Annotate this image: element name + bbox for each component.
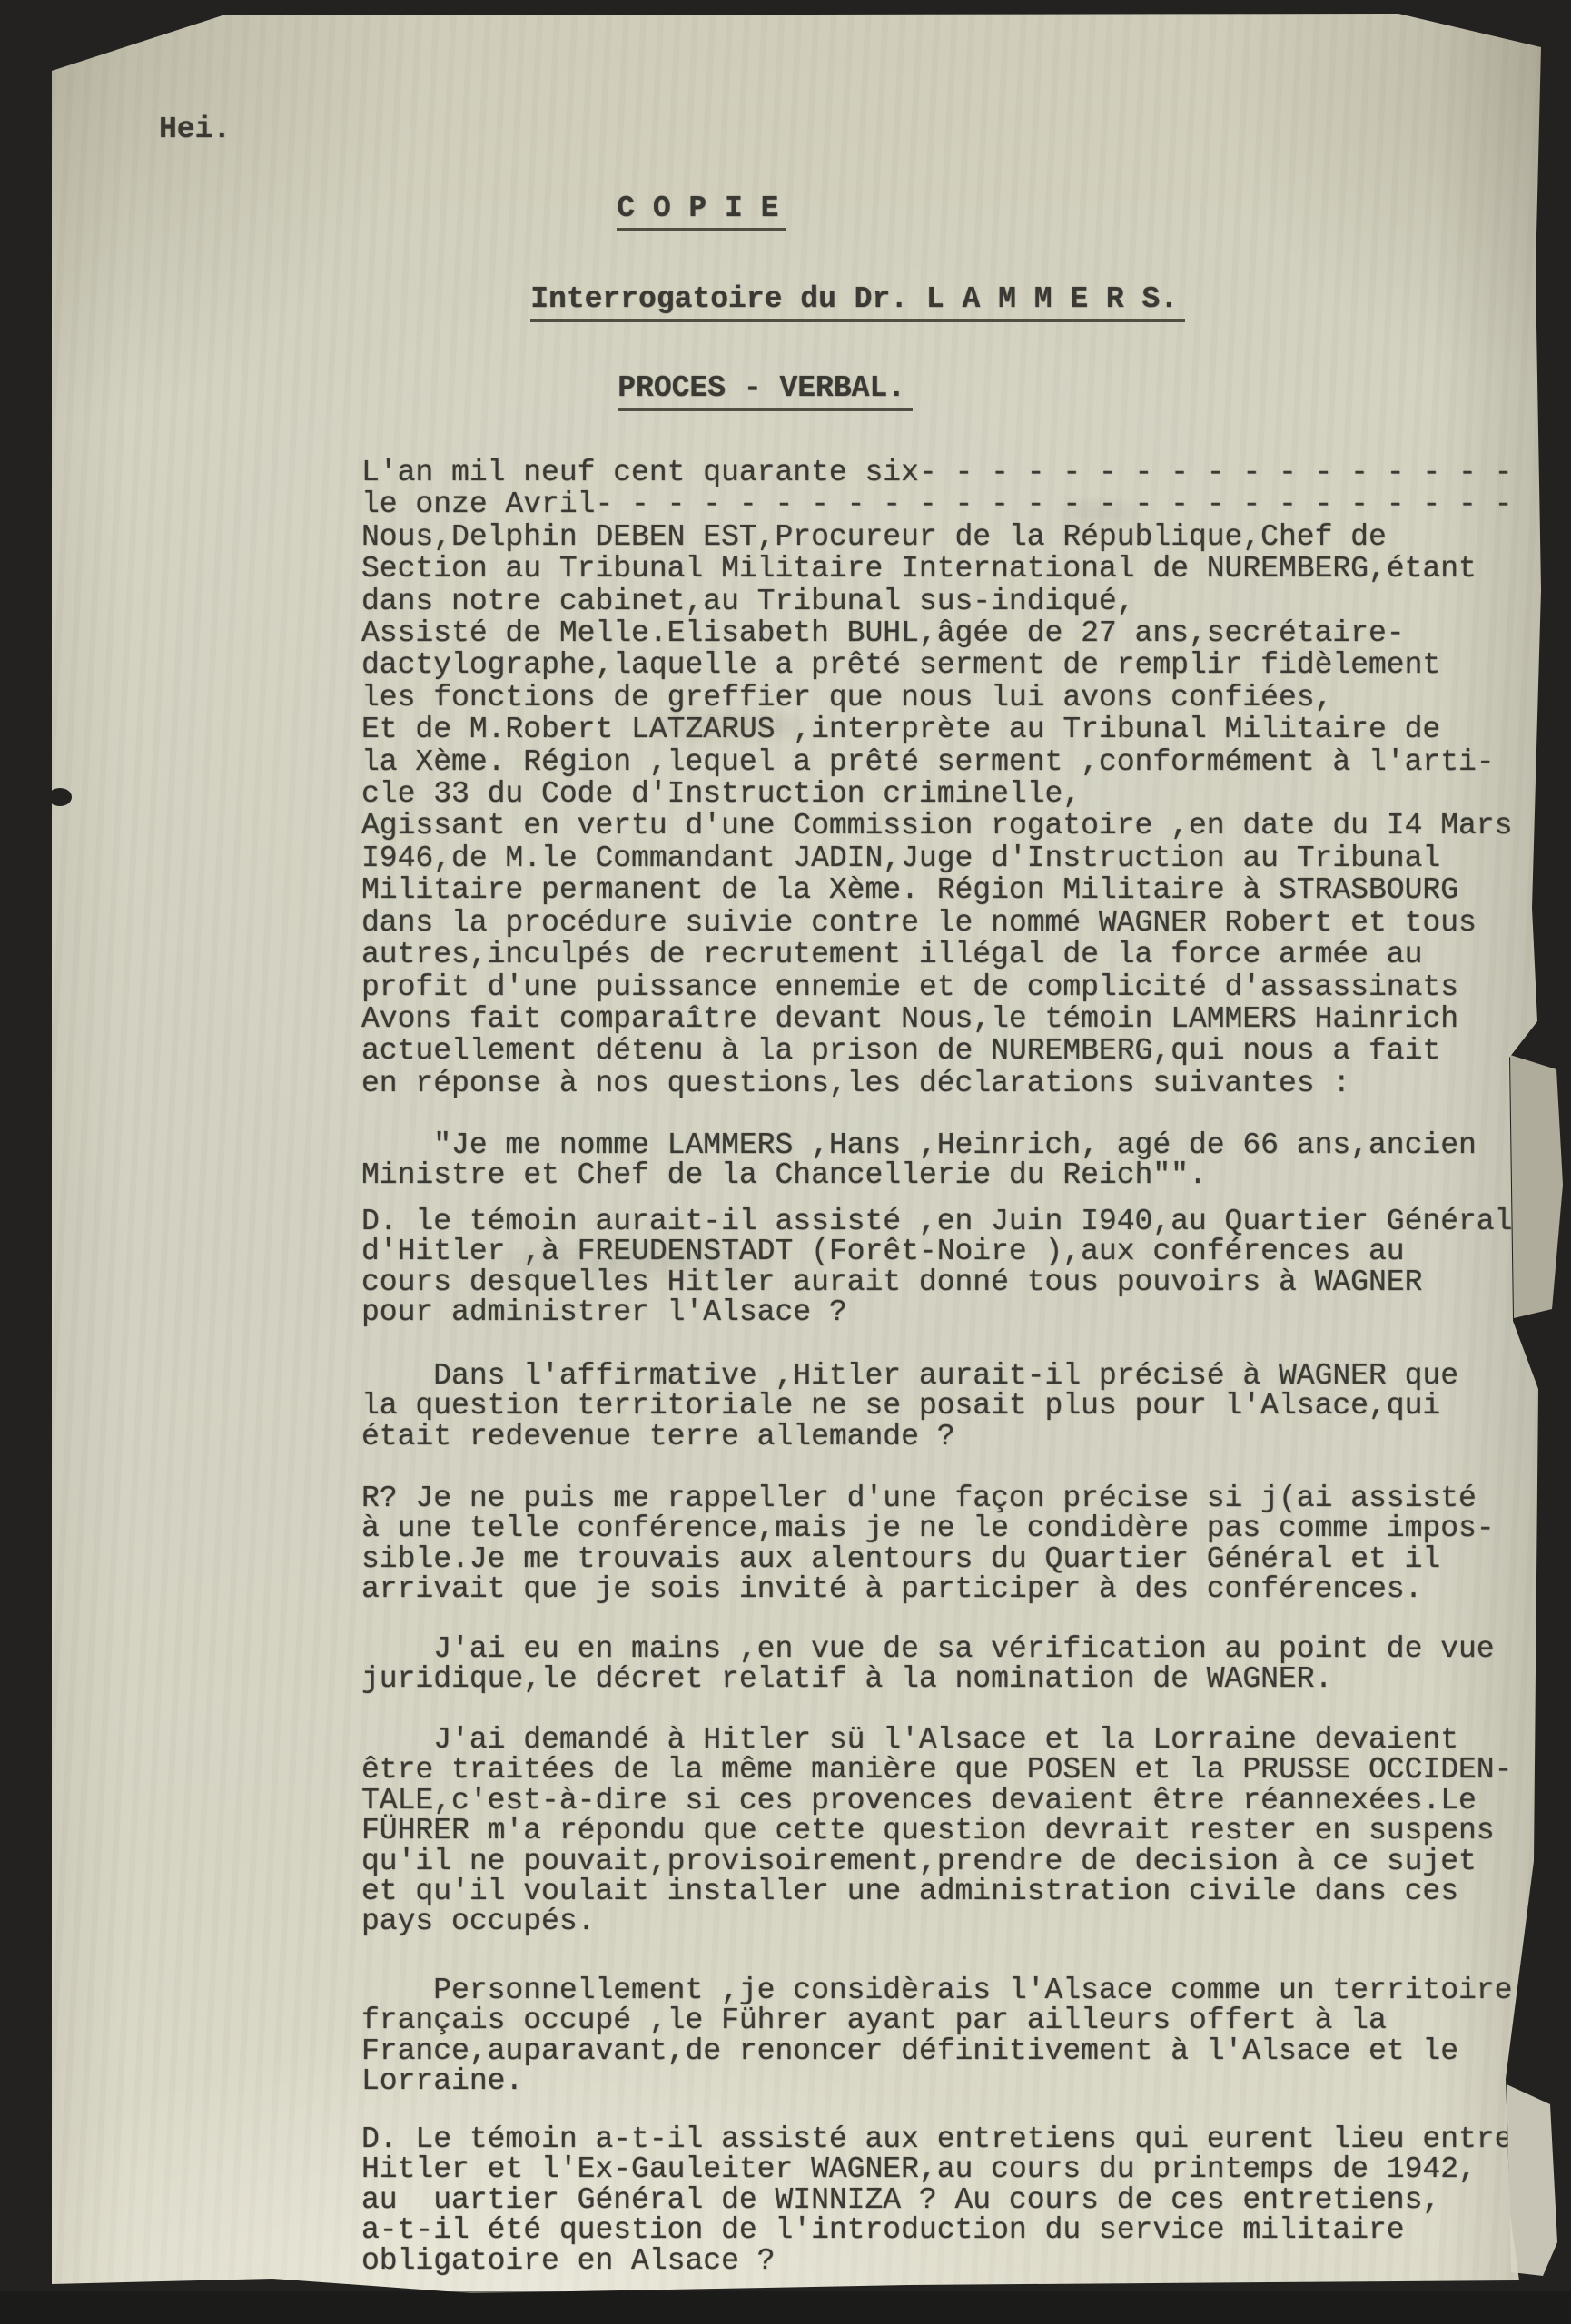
text-line: Assisté de Melle.Elisabeth BUHL,âgée de …	[361, 617, 1512, 649]
text-line: pays occupés.	[361, 1906, 1512, 1936]
text-line: autres,inculpés de recrutement illégal d…	[361, 939, 1512, 970]
text-line: I946,de M.le Commandant JADIN,Juge d'Ins…	[361, 842, 1512, 874]
text-line: "Je me nomme LAMMERS ,Hans ,Heinrich, ag…	[361, 1130, 1477, 1160]
paragraph-question-1: D. le témoin aurait-il assisté ,en Juin …	[361, 1206, 1512, 1328]
document-heading-text: PROCES - VERBAL.	[618, 371, 913, 411]
text-line: à une telle conférence,mais je ne le con…	[361, 1513, 1495, 1543]
document-heading: PROCES - VERBAL.	[546, 342, 913, 435]
paragraph-answer-decree: J'ai eu en mains ,en vue de sa vérificat…	[361, 1634, 1495, 1695]
corner-annotation: Hei.	[159, 114, 231, 145]
paragraph-answer-posen: J'ai demandé à Hitler sü l'Alsace et la …	[361, 1725, 1512, 1937]
text-line: en réponse à nos questions,les déclarati…	[361, 1068, 1512, 1099]
paragraph-preamble: L'an mil neuf cent quarante six- - - - -…	[361, 457, 1512, 1099]
text-line: les fonctions de greffier que nous lui a…	[361, 682, 1512, 714]
text-line: Avons fait comparaître devant Nous,le té…	[361, 1003, 1512, 1035]
document-title: C O P I E	[545, 162, 785, 255]
text-line: arrivait que je sois invité à participer…	[361, 1574, 1495, 1604]
text-line: pour administrer l'Alsace ?	[361, 1297, 1512, 1327]
text-line: a-t-il été question de l'introduction du…	[361, 2215, 1512, 2245]
text-line: la Xème. Région ,lequel a prêté serment …	[361, 746, 1512, 778]
text-line: d'Hitler ,à FREUDENSTADT (Forêt-Noire ),…	[361, 1236, 1512, 1266]
text-line: D. le témoin aurait-il assisté ,en Juin …	[361, 1206, 1512, 1236]
text-line: dans la procédure suivie contre le nommé…	[361, 907, 1512, 939]
text-line: sible.Je me trouvais aux alentours du Qu…	[361, 1544, 1495, 1574]
text-line: dactylographe,laquelle a prêté serment d…	[361, 649, 1512, 681]
paragraph-answer-1: R? Je ne puis me rappeller d'une façon p…	[361, 1483, 1495, 1605]
paragraph-question-2: D. Le témoin a-t-il assisté aux entretie…	[361, 2124, 1512, 2276]
text-line: L'an mil neuf cent quarante six- - - - -…	[361, 457, 1512, 488]
text-line: J'ai eu en mains ,en vue de sa vérificat…	[361, 1634, 1495, 1664]
text-line: le onze Avril- - - - - - - - - - - - - -…	[361, 488, 1512, 520]
text-line: Ministre et Chef de la Chancellerie du R…	[361, 1160, 1477, 1190]
text-line: TALE,c'est-à-dire si ces provences devai…	[361, 1786, 1512, 1816]
text-line: Agissant en vertu d'une Commission rogat…	[361, 810, 1512, 842]
text-line: français occupé ,le Führer ayant par ail…	[361, 2005, 1512, 2035]
text-line: Lorraine.	[361, 2066, 1512, 2096]
text-line: actuellement détenu à la prison de NUREM…	[361, 1035, 1512, 1067]
text-line: Hitler et l'Ex-Gauleiter WAGNER,au cours…	[361, 2154, 1512, 2184]
text-line: cle 33 du Code d'Instruction criminelle,	[361, 778, 1512, 810]
text-line: qu'il ne pouvait,provisoirement,prendre …	[361, 1846, 1512, 1876]
text-line: dans notre cabinet,au Tribunal sus-indiq…	[361, 586, 1512, 617]
text-line: Nous,Delphin DEBEN EST,Procureur de la R…	[361, 521, 1512, 553]
text-line: et qu'il voulait installer une administr…	[361, 1876, 1512, 1906]
text-line: D. Le témoin a-t-il assisté aux entretie…	[361, 2124, 1512, 2154]
text-line: au uartier Général de WINNIZA ? Au cours…	[361, 2185, 1512, 2215]
text-line: Militaire permanent de la Xème. Région M…	[361, 874, 1512, 906]
document-subtitle: Interrogatoire du Dr. L A M M E R S.	[459, 253, 1185, 346]
document-title-text: C O P I E	[617, 192, 785, 231]
text-line: était redevenue terre allemande ?	[361, 1422, 1458, 1452]
text-line: Section au Tribunal Militaire Internatio…	[361, 553, 1512, 585]
document-subtitle-text: Interrogatoire du Dr. L A M M E R S.	[530, 282, 1185, 322]
paragraph-question-1b: Dans l'affirmative ,Hitler aurait-il pré…	[361, 1361, 1458, 1452]
text-line: la question territoriale ne se posait pl…	[361, 1391, 1458, 1421]
text-line: cours desquelles Hitler aurait donné tou…	[361, 1267, 1512, 1297]
text-line: R? Je ne puis me rappeller d'une façon p…	[361, 1483, 1495, 1513]
paragraph-identity-statement: "Je me nomme LAMMERS ,Hans ,Heinrich, ag…	[361, 1130, 1477, 1191]
text-line: profit d'une puissance ennemie et de com…	[361, 971, 1512, 1003]
text-line: Dans l'affirmative ,Hitler aurait-il pré…	[361, 1361, 1458, 1391]
paragraph-answer-personal: Personnellement ,je considèrais l'Alsace…	[361, 1975, 1512, 2097]
text-line: juridique,le décret relatif à la nominat…	[361, 1664, 1495, 1694]
text-line: J'ai demandé à Hitler sü l'Alsace et la …	[361, 1725, 1512, 1755]
scanned-document-photo: Hei. C O P I E Interrogatoire du Dr. L A…	[0, 0, 1571, 2324]
text-line: France,auparavant,de renoncer définitive…	[361, 2036, 1512, 2066]
text-line: être traitées de la même manière que POS…	[361, 1755, 1512, 1785]
text-line: obligatoire en Alsace ?	[361, 2246, 1512, 2276]
text-line: Personnellement ,je considèrais l'Alsace…	[361, 1975, 1512, 2005]
text-line: FÜHRER m'a répondu que cette question de…	[361, 1816, 1512, 1846]
text-line: Et de M.Robert LATZARUS ,interprète au T…	[361, 714, 1512, 745]
